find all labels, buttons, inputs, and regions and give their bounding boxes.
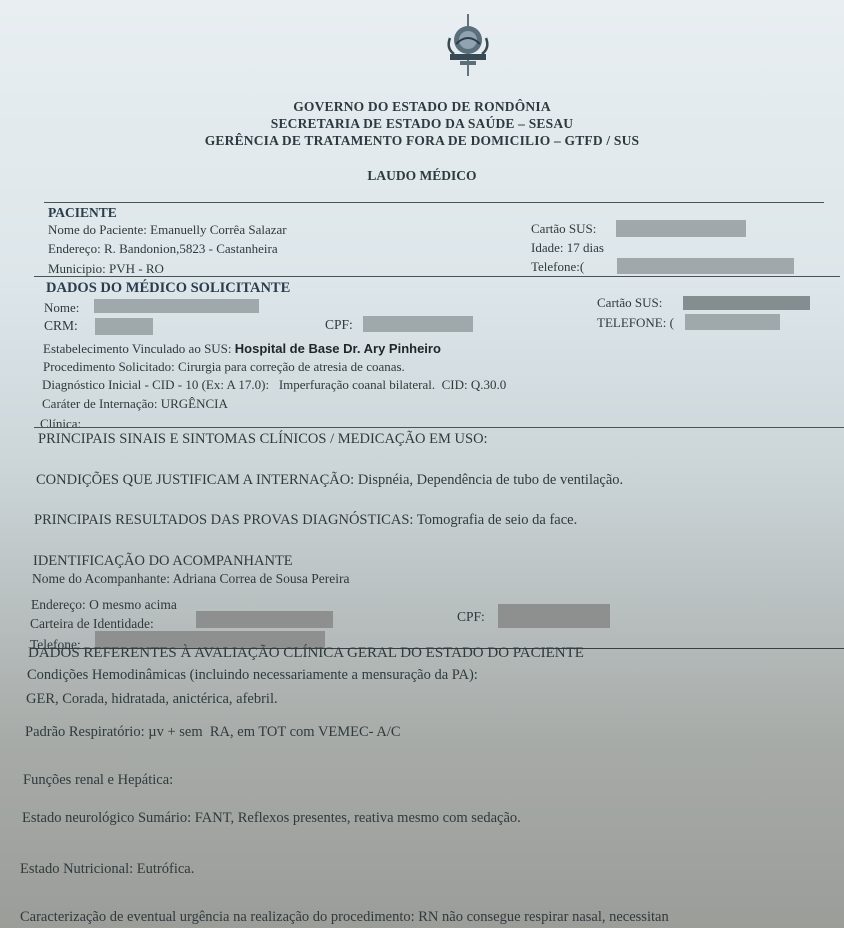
admission-justification: CONDIÇÕES QUE JUSTIFICAM A INTERNAÇÃO: D…	[36, 472, 623, 489]
section-paciente: PACIENTE	[48, 205, 117, 221]
section-acompanhante: IDENTIFICAÇÃO DO ACOMPANHANTE	[33, 553, 293, 570]
header-government: GOVERNO DO ESTADO DE RONDÔNIA	[0, 99, 844, 115]
redacted-doctor-sus-card	[683, 296, 810, 310]
main-signs-symptoms: PRINCIPAIS SINAIS E SINTOMAS CLÍNICOS / …	[38, 431, 488, 448]
redacted-doctor-crm	[95, 318, 153, 335]
doctor-phone-label: TELEFONE: (	[597, 315, 674, 331]
patient-age: Idade: 17 dias	[531, 240, 604, 256]
redacted-doctor-phone	[685, 314, 780, 330]
redacted-doctor-cpf	[363, 316, 473, 332]
establishment-label: Estabelecimento Vinculado ao SUS:	[43, 341, 232, 356]
diagnostic-results: PRINCIPAIS RESULTADOS DAS PROVAS DIAGNÓS…	[34, 512, 577, 529]
state-coat-of-arms-icon	[438, 14, 498, 76]
patient-name: Nome do Paciente: Emanuelly Corrêa Salaz…	[48, 222, 287, 238]
patient-municipio: Municipio: PVH - RO	[48, 261, 164, 277]
establishment-row: Estabelecimento Vinculado ao SUS: Hospit…	[43, 341, 441, 357]
doctor-crm-label: CRM:	[44, 318, 78, 334]
redacted-companion-id	[196, 611, 333, 628]
companion-name: Nome do Acompanhante: Adriana Correa de …	[32, 571, 350, 587]
section-avaliacao-clinica: DADOS REFERENTES À AVALIAÇÃO CLÍNICA GER…	[28, 645, 584, 662]
companion-address: Endereço: O mesmo acima	[31, 597, 177, 613]
neurological-status: Estado neurológico Sumário: FANT, Reflex…	[22, 810, 521, 827]
redacted-doctor-name	[94, 299, 259, 313]
hemodynamic-conditions-value: GER, Corada, hidratada, anictérica, afeb…	[26, 691, 278, 708]
admission-type: Caráter de Internação: URGÊNCIA	[42, 396, 228, 412]
section-medico: DADOS DO MÉDICO SOLICITANTE	[46, 280, 290, 297]
doctor-cpf-label: CPF:	[325, 317, 353, 333]
clinica-label: Clínica:	[40, 416, 81, 432]
doctor-sus-card-label: Cartão SUS:	[597, 295, 662, 311]
patient-phone-label: Telefone:(	[531, 259, 584, 275]
urgency-characterization: Caracterização de eventual urgência na r…	[20, 909, 669, 926]
renal-hepatic-functions: Funções renal e Hepática:	[23, 772, 173, 789]
nutritional-status: Estado Nutricional: Eutrófica.	[20, 861, 194, 878]
companion-cpf-label: CPF:	[457, 609, 485, 625]
initial-diagnosis: Diagnóstico Inicial - CID - 10 (Ex: A 17…	[42, 377, 506, 393]
header-gerencia: GERÊNCIA DE TRATAMENTO FORA DE DOMICILIO…	[0, 133, 844, 149]
doctor-name-label: Nome:	[44, 300, 79, 316]
redacted-patient-sus-card	[616, 220, 746, 237]
redacted-companion-cpf	[498, 604, 610, 628]
header-secretaria: SECRETARIA DE ESTADO DA SAÚDE – SESAU	[0, 116, 844, 132]
redacted-patient-phone	[617, 258, 794, 274]
document-title: LAUDO MÉDICO	[0, 168, 844, 184]
companion-id-label: Carteira de Identidade:	[30, 616, 154, 632]
patient-address: Endereço: R. Bandonion,5823 - Castanheir…	[48, 241, 278, 257]
respiratory-pattern: Padrão Respiratório: µv + sem RA, em TOT…	[25, 724, 401, 741]
divider	[34, 427, 844, 428]
patient-sus-card-label: Cartão SUS:	[531, 221, 596, 237]
divider	[44, 202, 824, 203]
establishment-value: Hospital de Base Dr. Ary Pinheiro	[235, 341, 441, 356]
divider	[34, 276, 840, 277]
requested-procedure: Procedimento Solicitado: Cirurgia para c…	[43, 359, 405, 375]
hemodynamic-conditions-label: Condições Hemodinâmicas (incluindo neces…	[27, 667, 478, 684]
